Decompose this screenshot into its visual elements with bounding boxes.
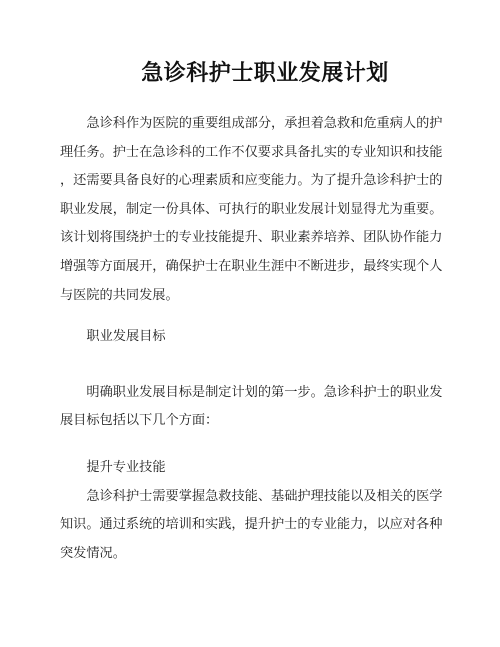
section-paragraph-improve-skills: 急诊科护士需要掌握急救技能、基础护理技能以及相关的医学 知识。通过系统的培训和实… (60, 482, 446, 568)
document-page: 急诊科护士职业发展计划 急诊科作为医院的重要组成部分，承担着急救和危重病人的护 … (0, 0, 500, 647)
section-paragraph-career-goals: 明确职业发展目标是制定计划的第一步。急诊科护士的职业发 展目标包括以下几个方面： (60, 378, 446, 435)
section-heading-career-goals: 职业发展目标 (60, 322, 446, 351)
section-heading-improve-skills: 提升专业技能 (60, 453, 446, 482)
document-title: 急诊科护士职业发展计划 (0, 57, 500, 89)
intro-paragraph: 急诊科作为医院的重要组成部分，承担着急救和危重病人的护 理任务。护士在急诊科的工… (60, 109, 446, 309)
